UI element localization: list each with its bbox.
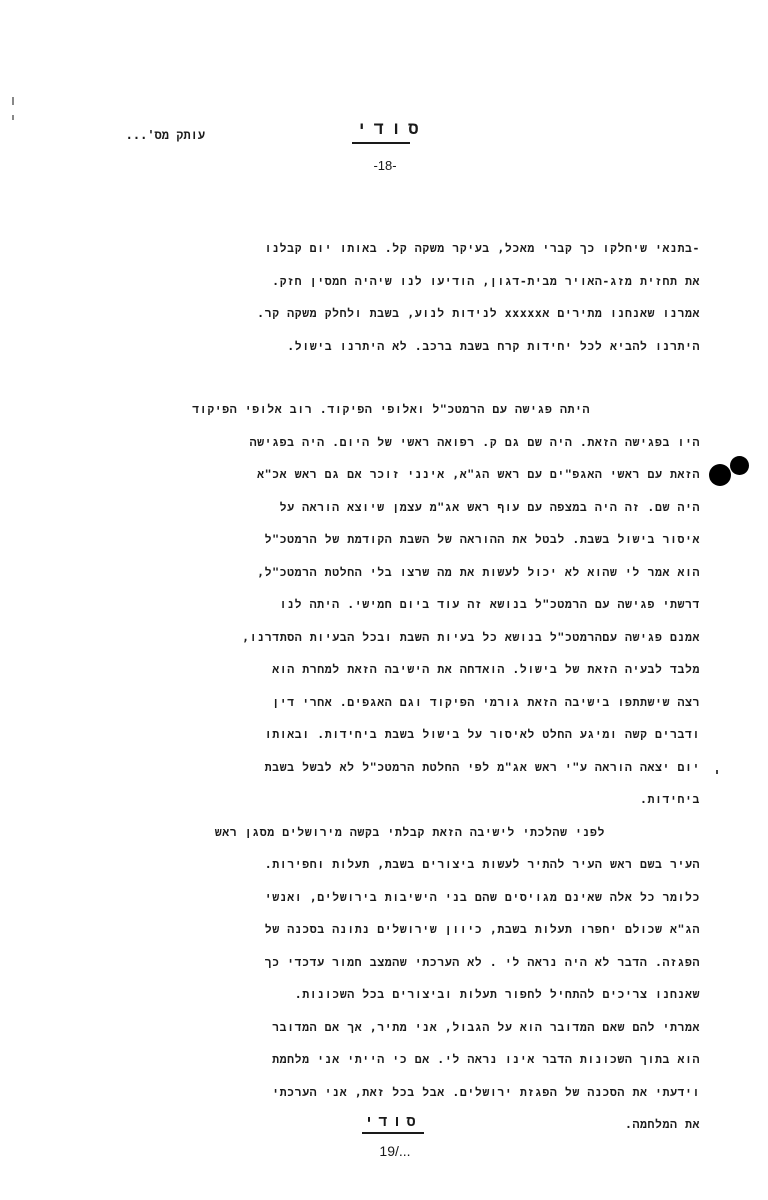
ink-blot (709, 464, 731, 486)
margin-mark (12, 97, 14, 105)
next-page-reference: 19/... (360, 1143, 430, 1159)
text-line: -בתנאי שיחלקו כך קברי מאכל, בעיקר משקה ק… (110, 232, 700, 265)
text-line: העיר בשם ראש העיר להתיר לעשות ביצורים בש… (110, 848, 700, 881)
text-line: וידעתי את הסכנה של הפגזת ירושלים. אבל בכ… (110, 1076, 700, 1109)
ink-blot (730, 456, 749, 475)
classification-footer-underline (362, 1132, 424, 1134)
text-line: ביחידות. (110, 783, 700, 816)
text-line: דרשתי פגישה עם הרמטכ"ל בנושא זה עוד ביום… (110, 588, 700, 621)
text-line: אמרתי להם שאם המדובר הוא על הגבול, אני מ… (110, 1011, 700, 1044)
text-line: הפגזה. הדבר לא היה נראה לי . לא הערכתי ש… (110, 946, 700, 979)
text-line: אמנם פגישה עםהרמטכ"ל בנושא כל בעיות השבת… (110, 621, 700, 654)
document-body: -בתנאי שיחלקו כך קברי מאכל, בעיקר משקה ק… (110, 232, 700, 1141)
document-page: עותק מס'... סודי -18- -בתנאי שיחלקו כך ק… (0, 0, 768, 1200)
page-number: -18- (355, 158, 415, 173)
margin-mark (12, 115, 14, 120)
text-line: אמרנו שאנחנו מתירים אxxxxx לנידות לנוע, … (110, 297, 700, 330)
text-line: איסור בישול בשבת. לבטל את ההוראה של השבת… (110, 523, 700, 556)
text-line: היתרנו להביא לכל יחידות קרח בשבת ברכב. ל… (110, 330, 700, 363)
paragraph-1: -בתנאי שיחלקו כך קברי מאכל, בעיקר משקה ק… (110, 232, 700, 362)
classification-underline (352, 142, 410, 144)
text-line: שאנחנו צריכים להתחיל לחפור תעלות וביצורי… (110, 978, 700, 1011)
copy-number: עותק מס'... (105, 128, 205, 143)
text-line: הג"א שכולם יחפרו תעלות בשבת, כיוון שירוש… (110, 913, 700, 946)
classification-header: סודי (352, 119, 430, 140)
text-line: היתה פגישה עם הרמטכ"ל ואלופי הפיקוד. רוב… (110, 393, 700, 426)
text-line: לפני שהלכתי לישיבה הזאת קבלתי בקשה מירוש… (110, 816, 700, 849)
paragraph-2: היתה פגישה עם הרמטכ"ל ואלופי הפיקוד. רוב… (110, 393, 700, 816)
paragraph-3: לפני שהלכתי לישיבה הזאת קבלתי בקשה מירוש… (110, 816, 700, 1141)
text-line: הוא בתוך השכונות הדבר אינו נראה לי. אם כ… (110, 1043, 700, 1076)
text-line: את תחזית מזג-האויר מבית-דגון, הודיעו לנו… (110, 265, 700, 298)
text-line: ודברים קשה ומיגע החלט לאיסור על בישול בש… (110, 718, 700, 751)
margin-mark (716, 770, 718, 774)
text-line: היה שם. זה היה במצפה עם עוף ראש אג"מ עצמ… (110, 491, 700, 524)
text-line: הזאת עם ראשי האגפ"ים עם ראש הג"א, אינני … (110, 458, 700, 491)
text-line: יום יצאה הוראה ע"י ראש אג"מ לפי החלטת הר… (110, 751, 700, 784)
text-line: הוא אמר לי שהוא לא יכול לעשות את מה שרצו… (110, 556, 700, 589)
classification-footer: סודי (360, 1112, 425, 1131)
text-line: רצה שישתתפו בישיבה הזאת גורמי הפיקוד וגם… (110, 686, 700, 719)
text-line: מלבד לבעיה הזאת של בישול. הואדחה את הישי… (110, 653, 700, 686)
text-line: היו בפגישה הזאת. היה שם גם ק. רפואה ראשי… (110, 426, 700, 459)
text-line: כלומר כל אלה שאינם מגויסים שהם בני הישיב… (110, 881, 700, 914)
